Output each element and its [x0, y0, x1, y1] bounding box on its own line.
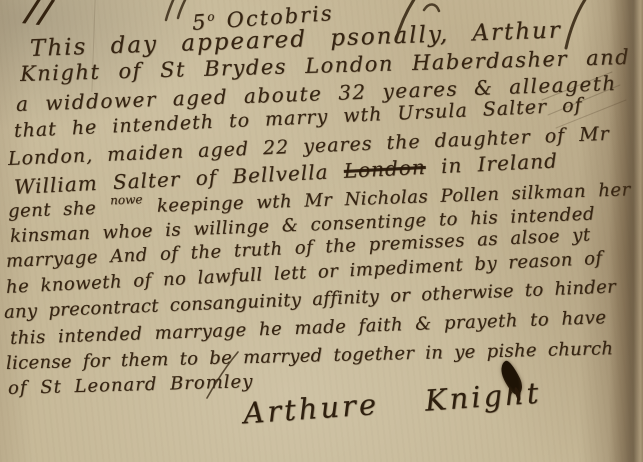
- line-text: in Ireland: [440, 148, 558, 178]
- marginal-mark: //: [24, 0, 55, 31]
- deponent-signature: Arthure Knight: [242, 376, 542, 431]
- heading-ordinal-superscript: o: [207, 9, 217, 24]
- struck-word: London: [343, 155, 426, 183]
- manuscript-line: of St Leonard Bromley: [8, 371, 254, 399]
- interlinear-insertion: nowe: [110, 192, 143, 207]
- manuscript-page: // 5oOctobris This day appeared psonally…: [0, 0, 643, 462]
- line-text: gent she: [8, 198, 97, 222]
